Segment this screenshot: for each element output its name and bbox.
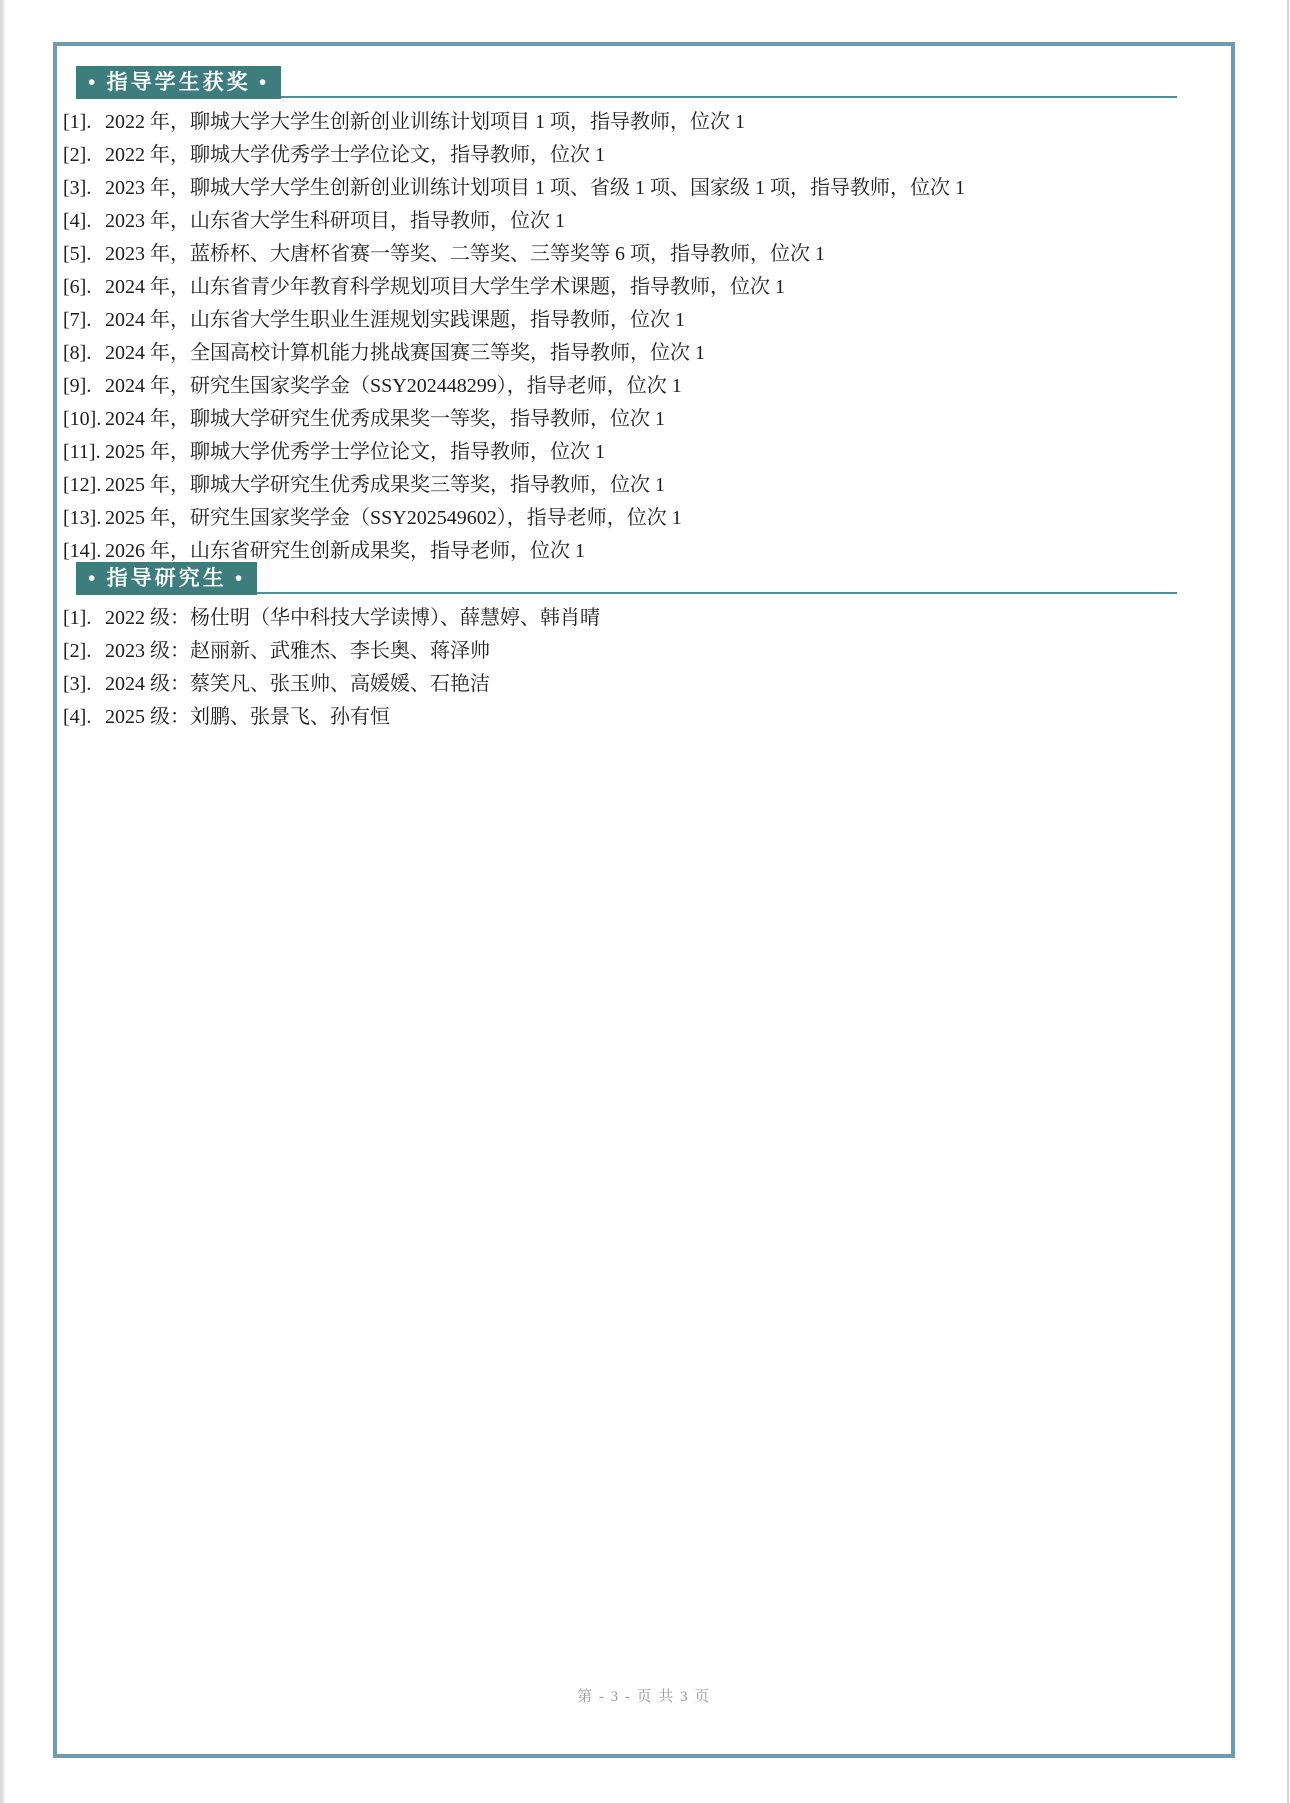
item-text: 2025 级：刘鹏、张景飞、孙有恒 — [105, 701, 390, 734]
item-marker: [3]. — [63, 172, 105, 205]
list-item: [12].2025 年，聊城大学研究生优秀成果奖三等奖，指导教师，位次 1 — [63, 469, 1231, 502]
item-text: 2024 年，山东省青少年教育科学规划项目大学生学术课题，指导教师，位次 1 — [105, 271, 785, 304]
section-title-badge-graduate-students: • 指导研究生 • — [76, 562, 257, 595]
list-item: [3].2024 级：蔡笑凡、张玉帅、高媛媛、石艳洁 — [63, 668, 1231, 701]
section-title-badge-student-awards: • 指导学生获奖 • — [76, 66, 281, 99]
list-item: [2].2022 年，聊城大学优秀学士学位论文，指导教师，位次 1 — [63, 139, 1231, 172]
section-graduate-students: • 指导研究生 • [1].2022 级：杨仕明（华中科技大学读博）、薛慧婷、韩… — [63, 562, 1231, 734]
item-text: 2024 年，聊城大学研究生优秀成果奖一等奖，指导教师，位次 1 — [105, 403, 665, 436]
item-marker: [4]. — [63, 701, 105, 734]
item-text: 2023 年，山东省大学生科研项目，指导教师，位次 1 — [105, 205, 565, 238]
page-left-edge — [0, 0, 5, 1803]
list-item: [2].2023 级：赵丽新、武雅杰、李长奥、蒋泽帅 — [63, 635, 1231, 668]
item-marker: [10]. — [63, 403, 105, 436]
list-item: [9].2024 年，研究生国家奖学金（SSY202448299），指导老师，位… — [63, 370, 1231, 403]
item-text: 2025 年，聊城大学研究生优秀成果奖三等奖，指导教师，位次 1 — [105, 469, 665, 502]
item-marker: [11]. — [63, 436, 105, 469]
item-text: 2022 年，聊城大学优秀学士学位论文，指导教师，位次 1 — [105, 139, 605, 172]
list-item: [10].2024 年，聊城大学研究生优秀成果奖一等奖，指导教师，位次 1 — [63, 403, 1231, 436]
list-item: [13].2025 年，研究生国家奖学金（SSY202549602），指导老师，… — [63, 502, 1231, 535]
item-marker: [4]. — [63, 205, 105, 238]
item-marker: [2]. — [63, 139, 105, 172]
item-text: 2025 年，研究生国家奖学金（SSY202549602），指导老师，位次 1 — [105, 502, 682, 535]
item-marker: [13]. — [63, 502, 105, 535]
list-item: [7].2024 年，山东省大学生职业生涯规划实践课题，指导教师，位次 1 — [63, 304, 1231, 337]
list-item: [5].2023 年，蓝桥杯、大唐杯省赛一等奖、二等奖、三等奖等 6 项，指导教… — [63, 238, 1231, 271]
item-text: 2024 年，研究生国家奖学金（SSY202448299），指导老师，位次 1 — [105, 370, 682, 403]
item-marker: [5]. — [63, 238, 105, 271]
item-text: 2023 年，聊城大学大学生创新创业训练计划项目 1 项、省级 1 项、国家级 … — [105, 172, 965, 205]
list-item: [1].2022 年，聊城大学大学生创新创业训练计划项目 1 项，指导教师，位次… — [63, 106, 1231, 139]
item-text: 2025 年，聊城大学优秀学士学位论文，指导教师，位次 1 — [105, 436, 605, 469]
student-awards-list: [1].2022 年，聊城大学大学生创新创业训练计划项目 1 项，指导教师，位次… — [63, 106, 1231, 568]
item-text: 2022 年，聊城大学大学生创新创业训练计划项目 1 项，指导教师，位次 1 — [105, 106, 745, 139]
document-content: • 指导学生获奖 • [1].2022 年，聊城大学大学生创新创业训练计划项目 … — [57, 46, 1231, 734]
item-marker: [12]. — [63, 469, 105, 502]
list-item: [11].2025 年，聊城大学优秀学士学位论文，指导教师，位次 1 — [63, 436, 1231, 469]
page-number-footer: 第 - 3 - 页 共 3 页 — [57, 1685, 1231, 1706]
item-marker: [8]. — [63, 337, 105, 370]
list-item: [8].2024 年，全国高校计算机能力挑战赛国赛三等奖，指导教师，位次 1 — [63, 337, 1231, 370]
section-student-awards: • 指导学生获奖 • [1].2022 年，聊城大学大学生创新创业训练计划项目 … — [63, 66, 1231, 568]
graduate-students-list: [1].2022 级：杨仕明（华中科技大学读博）、薛慧婷、韩肖晴 [2].202… — [63, 602, 1231, 734]
document-frame: • 指导学生获奖 • [1].2022 年，聊城大学大学生创新创业训练计划项目 … — [53, 42, 1235, 1758]
section-header-graduate-students: • 指导研究生 • — [63, 562, 1231, 596]
list-item: [1].2022 级：杨仕明（华中科技大学读博）、薛慧婷、韩肖晴 — [63, 602, 1231, 635]
list-item: [6].2024 年，山东省青少年教育科学规划项目大学生学术课题，指导教师，位次… — [63, 271, 1231, 304]
list-item: [3].2023 年，聊城大学大学生创新创业训练计划项目 1 项、省级 1 项、… — [63, 172, 1231, 205]
item-text: 2023 级：赵丽新、武雅杰、李长奥、蒋泽帅 — [105, 635, 490, 668]
list-item: [4].2023 年，山东省大学生科研项目，指导教师，位次 1 — [63, 205, 1231, 238]
item-text: 2024 级：蔡笑凡、张玉帅、高媛媛、石艳洁 — [105, 668, 490, 701]
item-marker: [7]. — [63, 304, 105, 337]
section-header-student-awards: • 指导学生获奖 • — [63, 66, 1231, 100]
list-item: [4].2025 级：刘鹏、张景飞、孙有恒 — [63, 701, 1231, 734]
item-text: 2022 级：杨仕明（华中科技大学读博）、薛慧婷、韩肖晴 — [105, 602, 600, 635]
item-marker: [2]. — [63, 635, 105, 668]
item-text: 2024 年，山东省大学生职业生涯规划实践课题，指导教师，位次 1 — [105, 304, 685, 337]
item-marker: [1]. — [63, 602, 105, 635]
item-marker: [9]. — [63, 370, 105, 403]
item-marker: [6]. — [63, 271, 105, 304]
item-marker: [3]. — [63, 668, 105, 701]
item-text: 2023 年，蓝桥杯、大唐杯省赛一等奖、二等奖、三等奖等 6 项，指导教师，位次… — [105, 238, 825, 271]
page-right-edge — [1287, 0, 1289, 1803]
item-marker: [1]. — [63, 106, 105, 139]
item-text: 2024 年，全国高校计算机能力挑战赛国赛三等奖，指导教师，位次 1 — [105, 337, 705, 370]
